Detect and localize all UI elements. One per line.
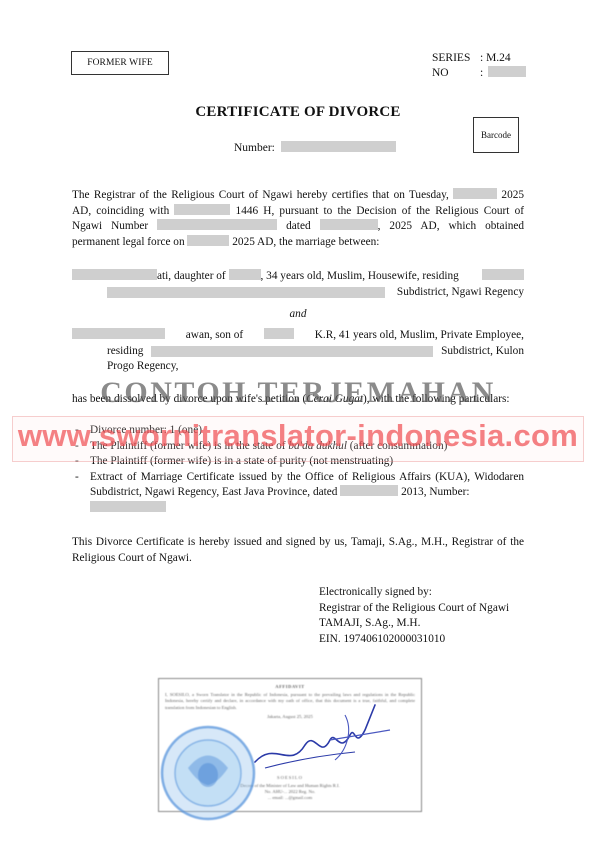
signature-block: Electronically signed by: Registrar of t…	[319, 585, 509, 647]
intro-text-4: dated	[286, 220, 310, 232]
redacted-wife-address-2	[107, 287, 385, 298]
intro-text-1: The Registrar of the Religious Court of …	[72, 189, 449, 201]
closing-text: This Divorce Certificate is hereby issue…	[72, 535, 524, 566]
wife-text-2: , 34 years old, Muslim, Housewife, resid…	[261, 270, 459, 282]
husband-text-5: Progo Regency,	[107, 360, 178, 372]
redacted-marriage-date	[340, 485, 398, 496]
particular-3-text: The Plaintiff (former wife) is in a stat…	[90, 455, 393, 467]
redacted-husband-name	[72, 328, 165, 339]
redacted-decision-date	[320, 219, 378, 230]
list-item: -Extract of Marriage Certificate issued …	[72, 470, 524, 517]
particular-2-pre: The Plaintiff (former wife) is in the st…	[90, 440, 288, 452]
wife-text-1: ati, daughter of	[157, 270, 226, 282]
particulars-list: -Divorce number: 1 (one) -The Plaintiff …	[72, 423, 524, 516]
number-label: Number:	[234, 142, 275, 154]
husband-text-1: awan, son of	[186, 328, 243, 344]
redacted-decision-number	[157, 219, 277, 230]
list-item: -The Plaintiff (former wife) is in a sta…	[72, 454, 524, 470]
particular-4-mid: 2013, Number:	[401, 486, 469, 498]
redacted-husband-father	[264, 328, 294, 339]
dissolved-text-2: ), with the following particulars:	[363, 393, 510, 405]
no-key: NO	[432, 66, 480, 81]
series-key: SERIES	[432, 51, 480, 66]
list-item: -The Plaintiff (former wife) is in the s…	[72, 439, 524, 455]
party-wife: ati, daughter of , 34 years old, Muslim,…	[72, 269, 524, 300]
signed-by-label: Electronically signed by:	[319, 585, 509, 601]
affidavit-footer: Decree of the Minister of Law and Human …	[159, 783, 421, 802]
translator-name: SOESILO	[159, 775, 421, 781]
husband-text-4: Subdistrict, Kulon	[441, 344, 524, 360]
signer-name: TAMAJI, S.Ag., M.H.	[319, 616, 509, 632]
husband-text-2: K.R, 41 years old, Muslim, Private Emplo…	[315, 328, 524, 344]
affidavit-body: I, SOESILO, a Sworn Translator in the Re…	[165, 692, 415, 711]
signer-ein: EIN. 197406102000031010	[319, 632, 509, 648]
redacted-wife-address-1	[482, 269, 524, 280]
redacted-wife-father	[229, 269, 261, 280]
and-separator: and	[0, 308, 596, 320]
list-item: -Divorce number: 1 (one)	[72, 423, 524, 439]
redacted-number	[281, 141, 396, 152]
badadukhul-term: ba'da dukhul	[288, 440, 347, 452]
former-wife-label: FORMER WIFE	[71, 51, 169, 75]
redacted-wife-name	[72, 269, 157, 280]
wife-text-3: Subdistrict, Ngawi Regency	[397, 285, 524, 301]
certificate-number: Number:	[234, 141, 396, 154]
intro-paragraph: The Registrar of the Religious Court of …	[72, 188, 524, 250]
particular-1-text: Divorce number: 1 (one)	[90, 424, 202, 436]
intro-text-6: 2025 AD, the marriage between:	[232, 236, 379, 248]
redacted-hijri-date	[174, 204, 230, 215]
dissolved-text-1: has been dissolved by divorce upon wife'…	[72, 393, 306, 405]
particular-2-post: (after consummation)	[347, 440, 447, 452]
affidavit-title: AFFIDAVIT	[159, 684, 421, 690]
series-block: SERIES : M.24 NO :	[432, 51, 526, 81]
signer-role: Registrar of the Religious Court of Ngaw…	[319, 601, 509, 617]
series-value: : M.24	[480, 51, 511, 66]
affidavit-date: Jakarta, August 25, 2025	[159, 714, 421, 720]
dissolved-paragraph: has been dissolved by divorce upon wife'…	[72, 392, 524, 408]
redacted-date-1	[453, 188, 497, 199]
redacted-marriage-number	[90, 501, 166, 512]
affidavit-footer-3: ... email: ...@gmail.com	[159, 795, 421, 801]
party-husband: awan, son of K.R, 41 years old, Muslim, …	[72, 328, 524, 375]
affidavit-box: AFFIDAVIT I, SOESILO, a Sworn Translator…	[158, 678, 422, 812]
closing-paragraph: This Divorce Certificate is hereby issue…	[72, 535, 524, 566]
no-value: :	[480, 66, 483, 81]
cerai-gugat-term: Cerai Gugat	[306, 393, 363, 405]
husband-text-3: residing	[107, 344, 143, 360]
redacted-no	[488, 66, 526, 77]
redacted-legal-date	[187, 235, 229, 246]
redacted-husband-address	[151, 346, 433, 357]
barcode-box: Barcode	[473, 117, 519, 153]
